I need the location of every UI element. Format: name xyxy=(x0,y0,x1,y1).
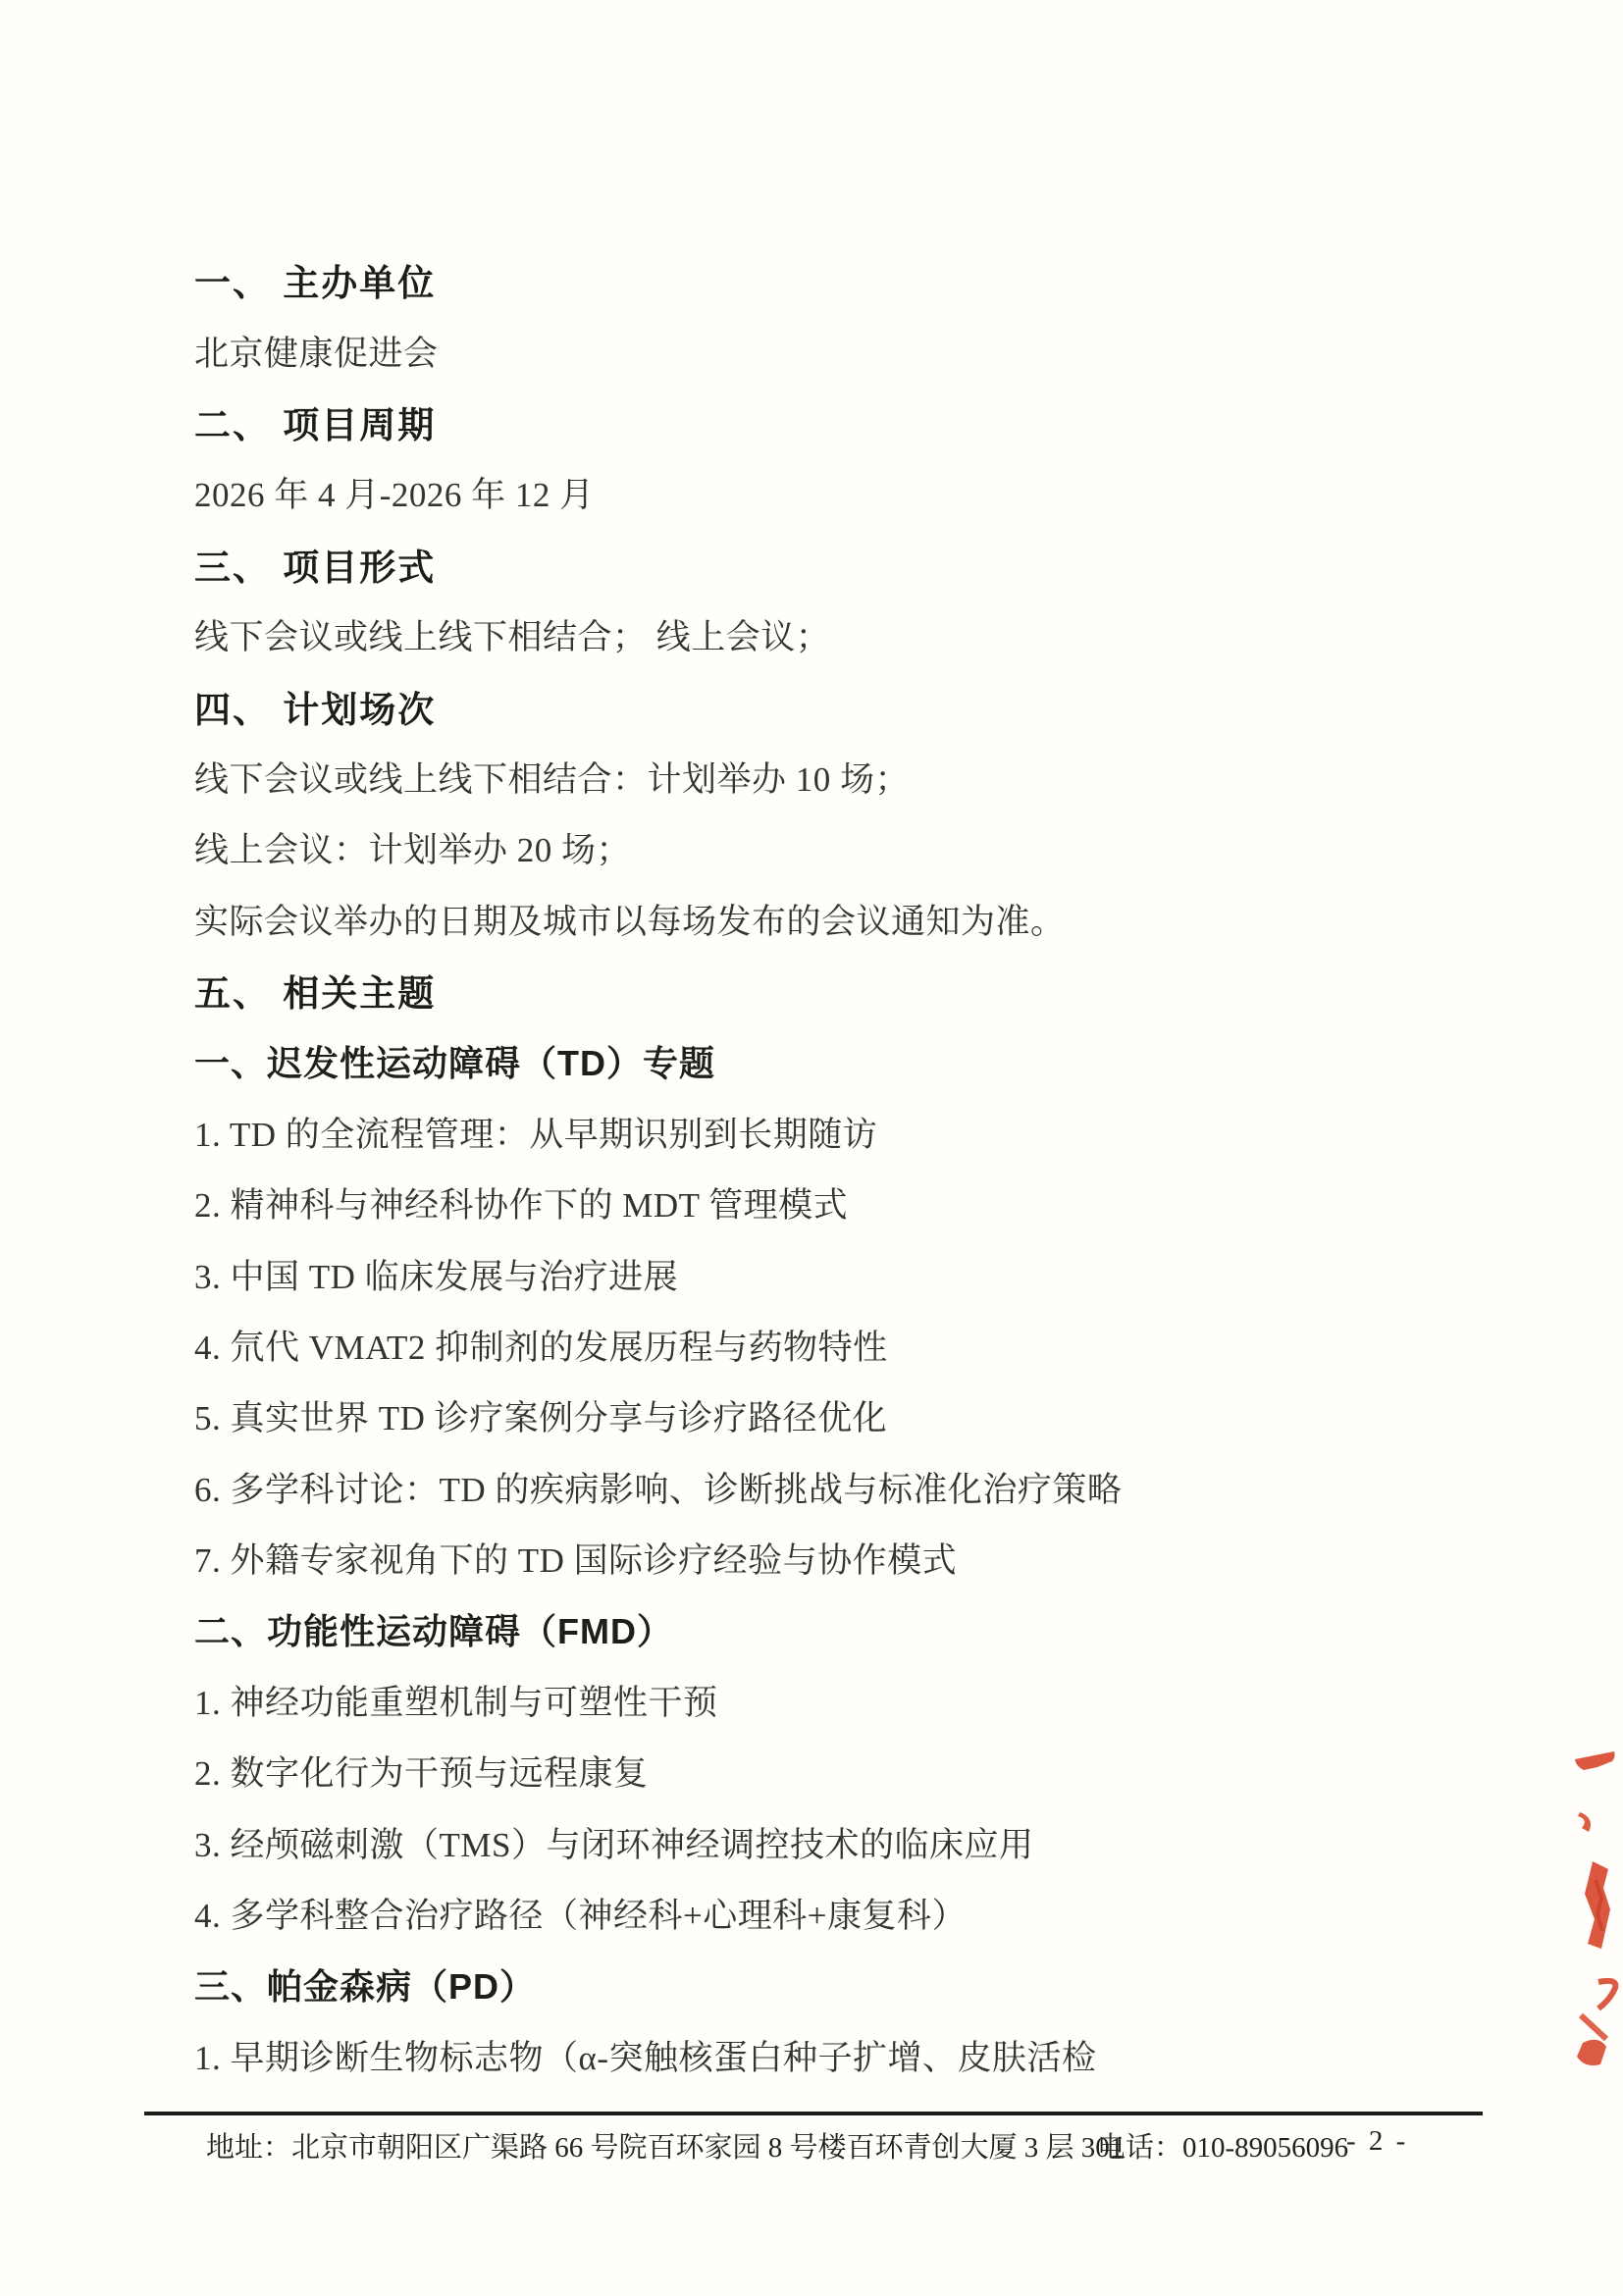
project-period: 2026 年 4 月-2026 年 12 月 xyxy=(194,457,1499,528)
pd-item-1: 1. 早期诊断生物标志物（α-突触核蛋白种子扩增、皮肤活检 xyxy=(194,2020,1499,2091)
red-stamp-fragment-icon xyxy=(1578,1860,1615,1956)
fmd-item-4: 4. 多学科整合治疗路径（神经科+心理科+康复科） xyxy=(194,1878,1499,1949)
td-item-1: 1. TD 的全流程管理：从早期识别到长期随访 xyxy=(194,1097,1499,1168)
fmd-item-3: 3. 经颅磁刺激（TMS）与闭环神经调控技术的临床应用 xyxy=(194,1807,1499,1878)
project-format: 线下会议或线上线下相结合； 线上会议； xyxy=(194,600,1499,670)
td-item-6: 6. 多学科讨论：TD 的疾病影响、诊断挑战与标准化治疗策略 xyxy=(194,1452,1499,1523)
sessions-note: 实际会议举办的日期及城市以每场发布的会议通知为准。 xyxy=(194,884,1499,955)
red-stamp-fragment-icon xyxy=(1569,1978,1623,2079)
section-5-heading: 五、 相关主题 xyxy=(194,955,1499,1025)
organizer-name: 北京健康促进会 xyxy=(194,315,1499,386)
topic-pd-heading: 三、帕金森病（PD） xyxy=(194,1949,1499,2019)
footer-phone: 电话：010-89056096 xyxy=(1097,2125,1348,2166)
red-stamp-fragment-icon xyxy=(1572,1748,1617,1781)
topic-fmd-heading: 二、功能性运动障碍（FMD） xyxy=(194,1593,1499,1664)
section-1-heading: 一、 主办单位 xyxy=(194,244,1499,315)
planned-sessions-online: 线上会议：计划举办 20 场； xyxy=(194,812,1499,883)
td-item-4: 4. 氘代 VMAT2 抑制剂的发展历程与药物特性 xyxy=(194,1310,1499,1381)
section-3-heading: 三、 项目形式 xyxy=(194,529,1499,600)
td-item-5: 5. 真实世界 TD 诊疗案例分享与诊疗路径优化 xyxy=(194,1381,1499,1451)
section-2-heading: 二、 项目周期 xyxy=(194,387,1499,457)
section-4-heading: 四、 计划场次 xyxy=(194,670,1499,741)
topic-td-heading: 一、迟发性运动障碍（TD）专题 xyxy=(194,1025,1499,1096)
document-body: 一、 主办单位 北京健康促进会 二、 项目周期 2026 年 4 月-2026 … xyxy=(194,244,1499,2091)
footer-address: 地址：北京市朝阳区广渠路 66 号院百环家园 8 号楼百环青创大厦 3 层 30… xyxy=(206,2125,1124,2166)
td-item-7: 7. 外籍专家视角下的 TD 国际诊疗经验与协作模式 xyxy=(194,1523,1499,1593)
footer-divider xyxy=(144,2112,1483,2115)
planned-sessions-offline: 线下会议或线上线下相结合：计划举办 10 场； xyxy=(194,742,1499,812)
page-number: - 2 - xyxy=(1346,2125,1408,2158)
fmd-item-1: 1. 神经功能重塑机制与可塑性干预 xyxy=(194,1665,1499,1736)
red-stamp-fragment-icon xyxy=(1576,1809,1597,1840)
fmd-item-2: 2. 数字化行为干预与远程康复 xyxy=(194,1736,1499,1806)
document-page: 一、 主办单位 北京健康促进会 二、 项目周期 2026 年 4 月-2026 … xyxy=(0,0,1623,2296)
td-item-3: 3. 中国 TD 临床发展与治疗进展 xyxy=(194,1238,1499,1309)
td-item-2: 2. 精神科与神经科协作下的 MDT 管理模式 xyxy=(194,1168,1499,1238)
